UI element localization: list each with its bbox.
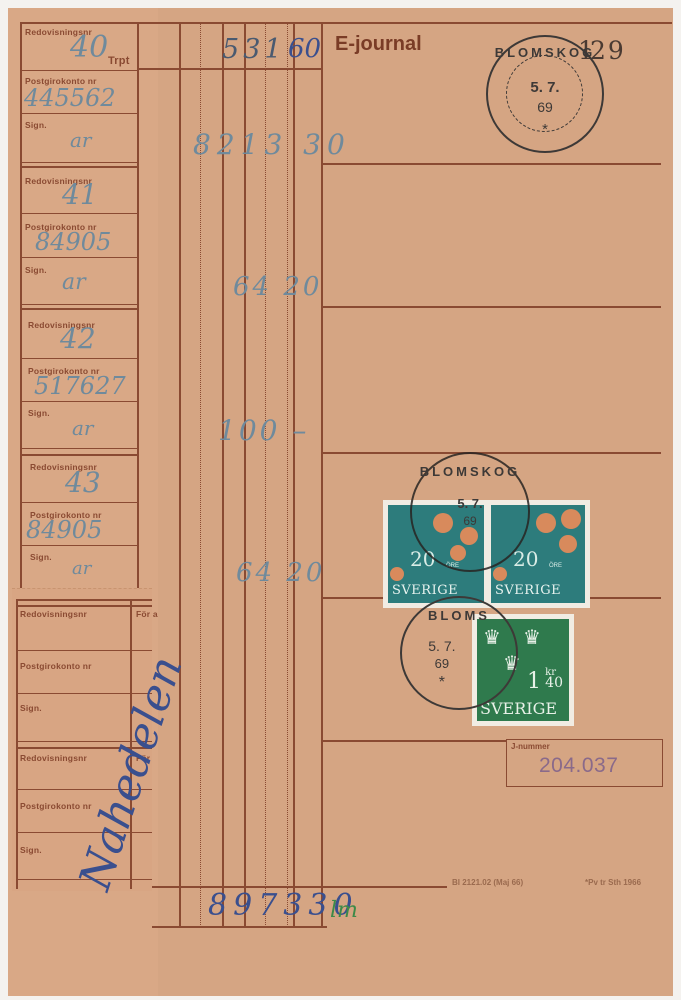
stamp-pattern [561, 509, 581, 529]
entry-1-account-value: 40 [70, 30, 108, 65]
slip-row-1-account-label: Redovisningsnr [20, 609, 87, 619]
entry-3-account-value: 42 [60, 322, 96, 355]
stamp-country: SVERIGE [392, 583, 458, 598]
postmark-town: BLOMSKOG [488, 45, 602, 60]
total-digit: 8 [208, 888, 233, 923]
form-title: E-journal [335, 33, 422, 56]
slip-row-1-postgiro-label: Postgirokonto nr [20, 661, 92, 671]
total-bottom-line [152, 926, 327, 928]
stamp-value: 1 [527, 669, 541, 694]
j-nummer-value: 204.037 [539, 754, 618, 778]
entry-4-sign-value: ar [72, 558, 91, 579]
entry-4-amount: 64 20 [236, 558, 325, 588]
printer-mark: *Pv tr Sth 1966 [585, 878, 641, 887]
trpt-digit: 1 [264, 34, 285, 65]
right-row-line-5 [321, 740, 506, 742]
entry-1-sep-1 [22, 70, 137, 71]
crown-icon: ♛ [523, 625, 541, 650]
postmark-town: BLOMSKOG [412, 464, 528, 479]
trpt-amount: 531 [222, 34, 286, 65]
entry-1-sign-value: ar [70, 128, 91, 152]
postmark-lower: BLOMS 5. 7. 69 * [400, 596, 518, 710]
entry-4-sep-1 [22, 502, 137, 503]
entry-4-sep-2 [22, 545, 137, 546]
slip-row-1-sign-label: Sign. [20, 703, 42, 713]
slip-top-line-2 [16, 605, 152, 607]
stamp-unit: kr40 [545, 667, 563, 690]
trpt-amount-ore: 60 [288, 34, 321, 64]
entry-3-postgiro-value: 517627 [34, 372, 126, 400]
entry-1-sep-2 [22, 113, 137, 114]
total-digit: 3 [283, 888, 308, 923]
right-row-line-1 [321, 163, 661, 165]
entry-1-sep-4 [22, 166, 137, 168]
postmark-year: 69 [412, 514, 528, 528]
entry-2-postgiro-value: 84905 [35, 228, 111, 256]
postmark-date: 5. 7. [402, 638, 482, 654]
postmark-date: 5. 7. [488, 79, 602, 96]
stamp-value: 20 [513, 547, 538, 571]
entry-3-sep-4 [22, 454, 137, 456]
stamp-pattern [390, 567, 404, 581]
stamp-country: SVERIGE [480, 699, 557, 718]
entry-2-sign-value: ar [62, 270, 86, 295]
entry-4-sign-label: Sign. [30, 552, 52, 562]
slip-row-1-sep-1 [16, 650, 152, 651]
entry-1-sep-3 [22, 162, 137, 163]
entry-2-amount: 64 20 [233, 272, 322, 302]
slip-left-line [16, 599, 18, 889]
entry-1-postgiro-value: 445562 [24, 84, 116, 112]
slip-row-2-account-label: Redovisningsnr [20, 753, 87, 763]
postmark-top: BLOMSKOG 5. 7. 69 * [486, 35, 604, 153]
top-frame-line [20, 22, 672, 24]
total-initials: lm [330, 898, 358, 923]
postmark-star: * [488, 121, 602, 138]
entry-2-sep-1 [22, 213, 137, 214]
total-digit: 9 [233, 888, 258, 923]
entry-3-amount: 100 – [218, 414, 309, 447]
total-digit: 7 [258, 888, 283, 923]
stamp-pattern [559, 535, 577, 553]
entry-1-sign-label: Sign. [25, 120, 47, 130]
right-row-line-2 [321, 306, 661, 308]
trpt-row-line [138, 68, 321, 70]
slip-row-2-sign-label: Sign. [20, 845, 42, 855]
postmark-town: BLOMS [402, 608, 516, 623]
postmark-star: * [402, 674, 482, 692]
j-nummer-label: J-nummer [511, 742, 550, 751]
entry-3-sep-2 [22, 401, 137, 402]
entry-3-sep-1 [22, 358, 137, 359]
entry-1-amount: 8213 30 [193, 128, 351, 161]
slip-top-line [16, 599, 152, 601]
stamp-pattern [493, 567, 507, 581]
label-column-divider [137, 22, 139, 588]
entry-2-sep-4 [22, 308, 137, 310]
trpt-digit: 5 [222, 34, 243, 65]
stamp-unit-ore: 40 [545, 675, 563, 691]
j-nummer-box: J-nummer 204.037 [506, 739, 663, 787]
right-row-line-3 [321, 452, 661, 454]
entry-3-sep-3 [22, 448, 137, 449]
entry-2-sign-label: Sign. [25, 265, 47, 275]
postmark-middle: BLOMSKOG 5. 7. 69 [410, 452, 530, 572]
entry-2-sep-3 [22, 304, 137, 305]
entry-2-account-value: 41 [62, 178, 98, 211]
entry-3-sign-label: Sign. [28, 408, 50, 418]
entry-2-sep-2 [22, 257, 137, 258]
entry-4-postgiro-value: 84905 [26, 516, 102, 544]
entry-3-sign-value: ar [72, 416, 93, 440]
postmark-year: 69 [488, 99, 602, 115]
trpt-digit: 3 [243, 34, 264, 65]
slip-row-2-postgiro-label: Postgirokonto nr [20, 801, 92, 811]
entry-4-account-value: 43 [65, 466, 101, 499]
form-code: Bl 2121.02 (Maj 66) [452, 878, 523, 887]
amount-col-line-1 [179, 22, 181, 927]
postmark-year: 69 [402, 656, 482, 671]
stamp-pattern [536, 513, 556, 533]
trpt-label: Trpt [108, 55, 130, 67]
stamp-country: SVERIGE [495, 583, 561, 598]
stamp-unit: ÖRE [549, 563, 562, 569]
postmark-date: 5. 7. [412, 496, 528, 511]
